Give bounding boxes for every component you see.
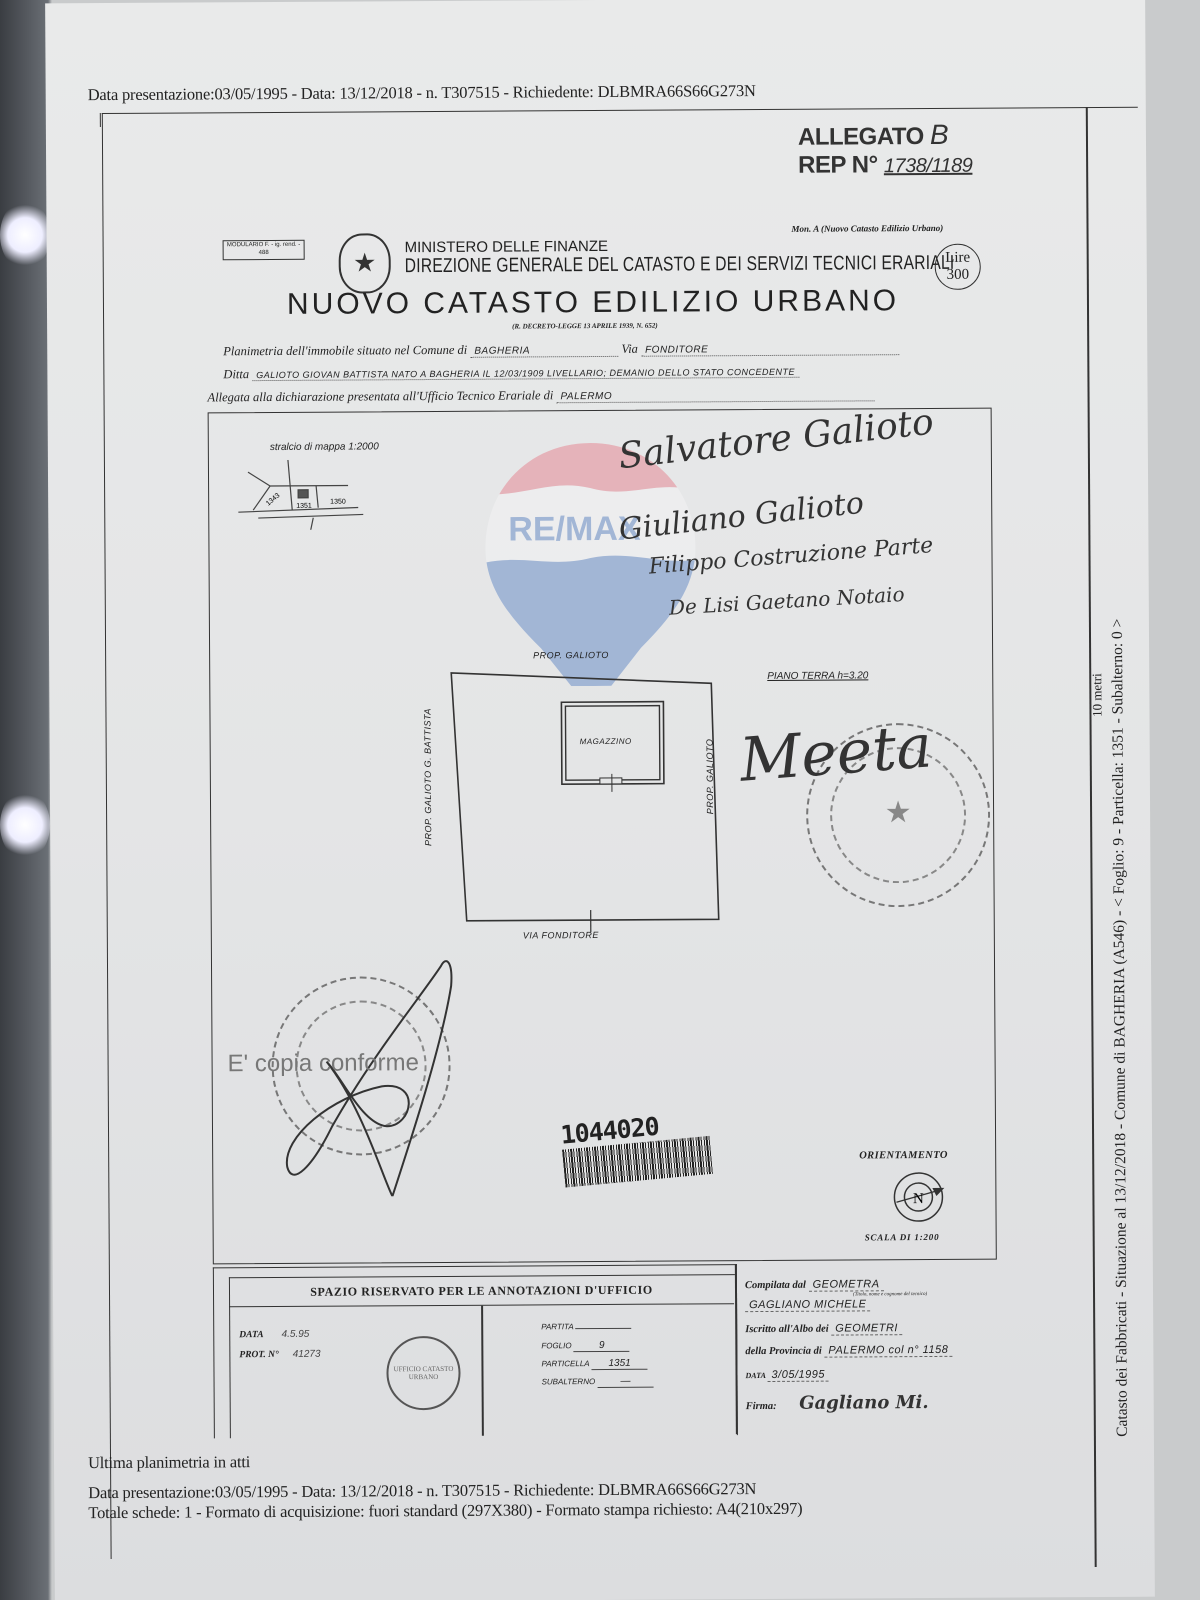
cadastral-document: Data presentazione:03/05/1995 - Data: 13… bbox=[45, 0, 1155, 1600]
decreto-reference: (R. DECRETO-LEGGE 13 APRILE 1939, N. 652… bbox=[512, 322, 658, 331]
parcel-outline bbox=[449, 669, 721, 933]
orientation-label: ORIENTAMENTO bbox=[859, 1150, 948, 1162]
provincia-row: della Provincia di PALERMO col n° 1158 bbox=[745, 1344, 952, 1357]
scale-label: SCALA DI 1:200 bbox=[865, 1232, 940, 1242]
light-glare bbox=[0, 790, 50, 860]
direzione-title: DIREZIONE GENERALE DEL CATASTO E DEI SER… bbox=[405, 252, 955, 278]
particella-field: PARTICELLA 1351 bbox=[541, 1358, 647, 1371]
compiler-date-row: DATA 3/05/1995 bbox=[745, 1369, 829, 1382]
ufficio-value: PALERMO bbox=[556, 389, 874, 403]
annotation-prot-row: PROT. N° 41273 bbox=[239, 1344, 320, 1362]
stralcio-label: stralcio di mappa 1:2000 bbox=[270, 441, 379, 453]
foglio-field: FOGLIO 9 bbox=[541, 1340, 630, 1353]
modulario-box: MODULARIO F. - ig. rend. - 488 bbox=[223, 240, 305, 261]
notary-signature: Meeta bbox=[737, 711, 934, 795]
iscritto-row: Iscritto all'Albo dei GEOMETRI bbox=[745, 1322, 902, 1335]
via-label: Via bbox=[621, 342, 638, 356]
comune-value: BAGHERIA bbox=[470, 345, 618, 358]
street-label: VIA FONDITORE bbox=[523, 930, 599, 940]
footer-ultima: Ultima planimetria in atti bbox=[88, 1452, 250, 1473]
header-presentation-line: Data presentazione:03/05/1995 - Data: 13… bbox=[88, 81, 756, 105]
prop-left-label: PROP. GALIOTO G. BATTISTA bbox=[422, 708, 433, 846]
ditta-label: Ditta bbox=[223, 367, 249, 381]
stamp-duty-circle: Lire 300 bbox=[935, 244, 981, 290]
annotation-data-value: 4.5.95 bbox=[282, 1329, 310, 1340]
italian-emblem-icon: ★ bbox=[339, 233, 391, 293]
planimetria-label: Planimetria dell'immobile situato nel Co… bbox=[223, 343, 467, 358]
stralcio-map: 1343 1351 1350 bbox=[238, 459, 378, 530]
barcode: 1044020 bbox=[559, 1107, 713, 1188]
form-title: NUOVO CATASTO EDILIZIO URBANO bbox=[287, 284, 899, 322]
ditta-value: GALIOTO GIOVAN BATTISTA NATO A BAGHERIA … bbox=[252, 367, 799, 381]
annotations-title: SPAZIO RISERVATO PER LE ANNOTAZIONI D'UF… bbox=[229, 1275, 734, 1307]
svg-text:N: N bbox=[913, 1191, 924, 1207]
allegato-block: ALLEGATO B REP N° 1738/1189 bbox=[798, 121, 973, 181]
svg-text:1351: 1351 bbox=[296, 503, 312, 510]
light-glare bbox=[0, 200, 50, 270]
compiler-date-value: 3/05/1995 bbox=[767, 1369, 829, 1382]
compiler-name-row: GAGLIANO MICHELE bbox=[745, 1298, 870, 1311]
subalterno-field: SUBALTERNO — bbox=[542, 1376, 654, 1389]
annotation-prot-value: 41273 bbox=[293, 1349, 321, 1360]
copia-conforme-stamp: E' copia conforme bbox=[228, 1049, 420, 1078]
frame-tick bbox=[100, 113, 101, 127]
via-value: FONDITORE bbox=[641, 343, 899, 357]
floor-level-label: PIANO TERRA h=3.20 bbox=[767, 670, 868, 682]
partita-field: PARTITA bbox=[541, 1322, 631, 1332]
prop-top-label: PROP. GALIOTO bbox=[533, 650, 609, 660]
room-label: MAGAZZINO bbox=[580, 737, 632, 746]
office-stamp: UFFICIO CATASTO URBANO bbox=[386, 1336, 460, 1410]
firma-row: Firma: Gagliano Mi. bbox=[746, 1392, 929, 1414]
allegato-letter: B bbox=[930, 119, 948, 150]
allegata-label: Allegata alla dichiarazione presentata a… bbox=[207, 388, 553, 404]
annotation-prot-label: PROT. N° bbox=[239, 1350, 278, 1360]
compilata-row: Compilata dal GEOMETRA bbox=[745, 1278, 884, 1291]
rep-label: REP N° bbox=[798, 151, 878, 178]
rep-value: 1738/1189 bbox=[884, 155, 973, 178]
north-compass-icon: N bbox=[892, 1170, 946, 1224]
compiler-title: GEOMETRA bbox=[809, 1278, 884, 1291]
albo-value: GEOMETRI bbox=[831, 1322, 902, 1335]
compiler-name: GAGLIANO MICHELE bbox=[745, 1298, 870, 1312]
allegato-label: ALLEGATO bbox=[798, 123, 924, 151]
svg-text:1350: 1350 bbox=[330, 499, 346, 506]
scale-bar-label: 10 metri bbox=[1089, 673, 1105, 717]
annotation-data-label: DATA bbox=[239, 1330, 263, 1340]
provincia-value: PALERMO col n° 1158 bbox=[824, 1344, 952, 1358]
svg-text:1343: 1343 bbox=[265, 492, 281, 507]
annotation-data-row: DATA 4.5.95 bbox=[239, 1324, 309, 1342]
mod-a-label: Mon. A (Nuovo Catasto Edilizio Urbano) bbox=[791, 223, 943, 234]
compiler-hint: (Titolo, nome e cognome del tecnico) bbox=[853, 1292, 927, 1297]
